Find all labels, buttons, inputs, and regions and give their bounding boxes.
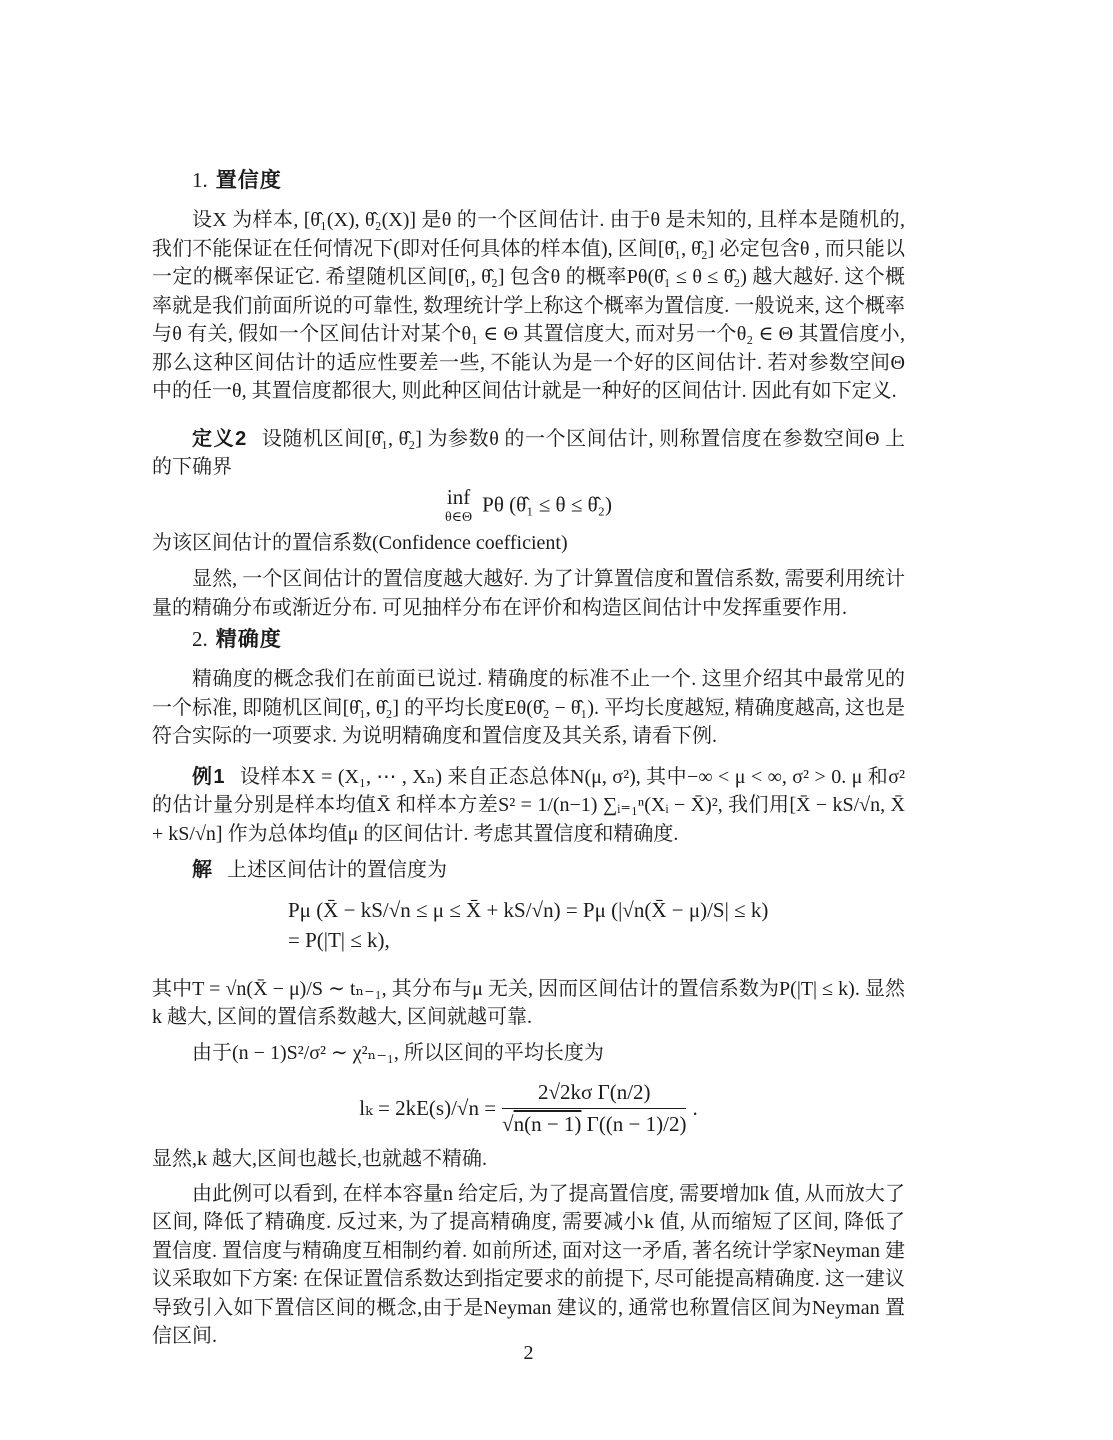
inf-operator: inf [447,484,470,510]
para-remark-confidence: 显然, 一个区间估计的置信度越大越好. 为了计算置信度和置信系数, 需要利用统计… [152,565,905,622]
page-number: 2 [152,1342,905,1365]
para-t-distribution: 其中T = √n(X̄ − μ)/S ∼ tₙ₋₁, 其分布与μ 无关, 因而区… [152,975,905,1032]
inf-operator-stack: inf θ∈Θ [445,484,472,525]
line-confidence-coefficient: 为该区间估计的置信系数(Confidence coefficient) [152,529,905,558]
example-1: 例1设样本X = (X₁, ⋯ , Xₙ) 来自正态总体N(μ, σ²), 其中… [152,763,905,849]
formula-line-2: = P(|T| ≤ k), [288,925,905,955]
para-intro-confidence: 设X 为样本, [θ̂₁(X), θ̂₂(X)] 是θ 的一个区间估计. 由于θ… [152,206,905,406]
section-1-heading: 1.置信度 [192,166,905,195]
section-2-title: 精确度 [216,628,282,651]
solution: 解上述区间估计的置信度为 [152,856,905,885]
definition-2: 定义2设随机区间[θ̂₁, θ̂₂] 为参数θ 的一个区间估计, 则称置信度在参… [152,425,905,482]
formula-line-1: Pμ (X̄ − kS/√n ≤ μ ≤ X̄ + kS/√n) = Pμ (|… [288,895,905,925]
formula-body: Pθ (θ̂₁ ≤ θ ≤ θ̂₂) [482,492,612,516]
example-1-label: 例1 [192,766,226,788]
para-k-remark: 显然,k 越大,区间也越长,也就越不精确. [152,1145,905,1174]
sqrt-symbol: √ [502,1112,514,1136]
section-1-number: 1. [192,168,208,192]
para-intro-precision: 精确度的概念我们在前面已说过. 精确度的标准不止一个. 这里介绍其中最常见的一个… [152,665,905,751]
fraction: 2√2kσ Γ(n/2) √n(n − 1) Γ((n − 1)/2) [502,1079,686,1137]
section-2-heading: 2.精确度 [192,625,905,654]
radicand: n(n − 1) [514,1112,582,1136]
para-conclusion: 由此例可以看到, 在样本容量n 给定后, 为了提高置信度, 需要增加k 值, 从… [152,1180,905,1351]
document-page: 1.置信度 设X 为样本, [θ̂₁(X), θ̂₂(X)] 是θ 的一个区间估… [0,0,1113,1440]
section-2-number: 2. [192,627,208,651]
denominator-gamma: Γ((n − 1)/2) [581,1112,686,1136]
fraction-denominator: √n(n − 1) Γ((n − 1)/2) [502,1111,686,1137]
page-content: 1.置信度 设X 为样本, [θ̂₁(X), θ̂₂(X)] 是θ 的一个区间估… [152,166,905,1351]
formula-length-period: . [692,1095,697,1121]
formula-confidence-level: Pμ (X̄ − kS/√n ≤ μ ≤ X̄ + kS/√n) = Pμ (|… [288,895,905,955]
example-1-text: 设样本X = (X₁, ⋯ , Xₙ) 来自正态总体N(μ, σ²), 其中−∞… [152,766,905,845]
section-1-title: 置信度 [216,169,282,192]
fraction-numerator: 2√2kσ Γ(n/2) [538,1079,651,1105]
solution-text: 上述区间估计的置信度为 [227,859,447,881]
para-chi-square: 由于(n − 1)S²/σ² ∼ χ²ₙ₋₁, 所以区间的平均长度为 [152,1039,905,1068]
formula-length-lhs: lₖ = 2kE(s)/√n = [359,1095,496,1121]
formula-confidence-coefficient: inf θ∈Θ Pθ (θ̂₁ ≤ θ ≤ θ̂₂) [152,484,905,525]
inf-subscript: θ∈Θ [445,510,472,525]
definition-2-label: 定义2 [192,428,247,450]
solution-label: 解 [192,859,213,881]
formula-average-length: lₖ = 2kE(s)/√n = 2√2kσ Γ(n/2) √n(n − 1) … [152,1079,905,1137]
fraction-bar [502,1108,686,1109]
definition-2-text: 设随机区间[θ̂₁, θ̂₂] 为参数θ 的一个区间估计, 则称置信度在参数空间… [152,428,905,479]
